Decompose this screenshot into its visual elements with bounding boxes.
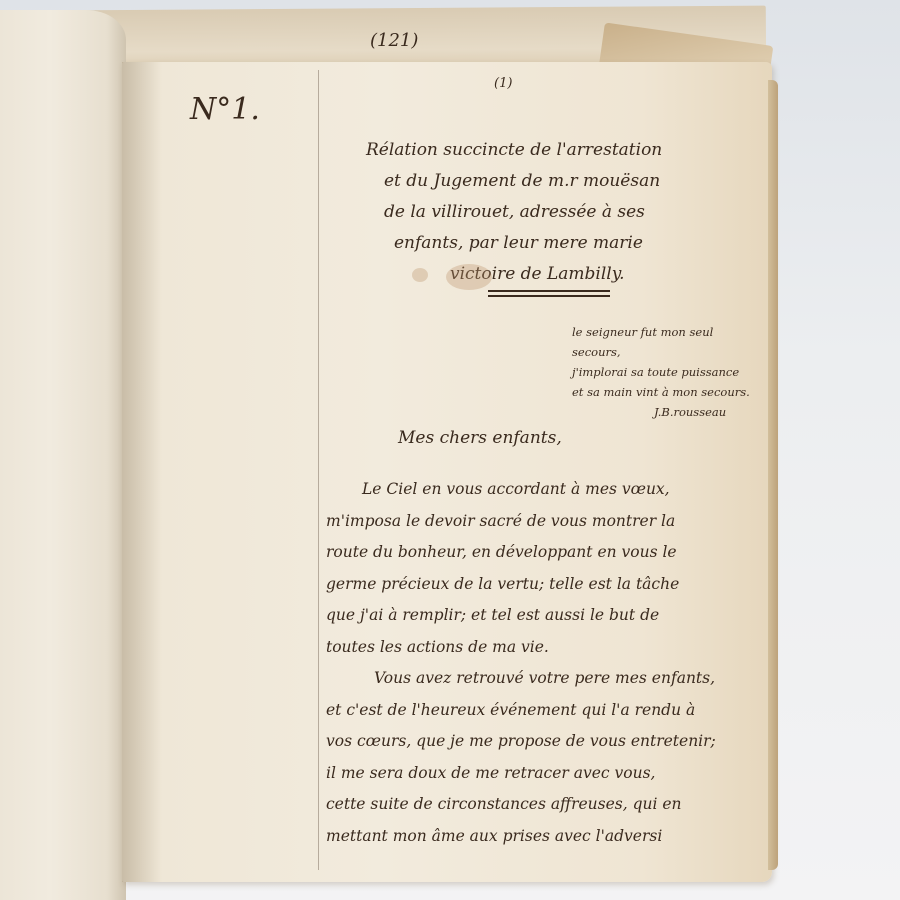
body-line: cette suite de circonstances affreuses, …	[326, 789, 716, 821]
salutation: Mes chers enfants,	[398, 428, 562, 448]
page-edge	[768, 80, 778, 870]
title-line: Rélation succincte de l'arrestation	[366, 135, 662, 166]
epigraph-line: secours,	[572, 342, 750, 362]
epigraph: le seigneur fut mon seul secours, j'impl…	[572, 322, 750, 422]
body-line: germe précieux de la vertu; telle est la…	[326, 569, 716, 601]
left-page	[0, 10, 126, 900]
body-line: que j'ai à remplir; et tel est aussi le …	[326, 600, 716, 632]
body-line: et c'est de l'heureux événement qui l'a …	[326, 695, 716, 727]
body-line: il me sera doux de me retracer avec vous…	[326, 758, 716, 790]
letter-body: Le Ciel en vous accordant à mes vœux, m'…	[326, 474, 716, 852]
title-divider	[488, 290, 610, 297]
body-line: m'imposa le devoir sacré de vous montrer…	[326, 506, 716, 538]
body-line: route du bonheur, en développant en vous…	[326, 537, 716, 569]
archive-number: (121)	[370, 30, 418, 51]
title-line: victoire de Lambilly.	[366, 259, 662, 290]
folio-number: (1)	[494, 76, 512, 91]
gutter-shadow	[122, 62, 162, 882]
ink-stain	[412, 268, 428, 282]
body-line: mettant mon âme aux prises avec l'advers…	[326, 821, 716, 853]
epigraph-line: j'implorai sa toute puissance	[572, 362, 750, 382]
document-title: Rélation succincte de l'arrestation et d…	[366, 135, 662, 290]
margin-rule	[318, 70, 319, 870]
body-line: toutes les actions de ma vie.	[326, 632, 716, 664]
body-line: vos cœurs, que je me propose de vous ent…	[326, 726, 716, 758]
ink-stain	[446, 264, 492, 290]
epigraph-line: le seigneur fut mon seul	[572, 322, 750, 342]
title-line: de la villirouet, adressée à ses	[366, 197, 662, 228]
epigraph-line: et sa main vint à mon secours.	[572, 382, 750, 402]
body-line: Vous avez retrouvé votre pere mes enfant…	[326, 663, 716, 695]
title-line: enfants, par leur mere marie	[366, 228, 662, 259]
title-line: et du Jugement de m.r mouësan	[366, 166, 662, 197]
item-number: N°1.	[190, 92, 260, 127]
epigraph-attribution: J.B.rousseau	[572, 402, 750, 422]
body-line: Le Ciel en vous accordant à mes vœux,	[326, 474, 716, 506]
